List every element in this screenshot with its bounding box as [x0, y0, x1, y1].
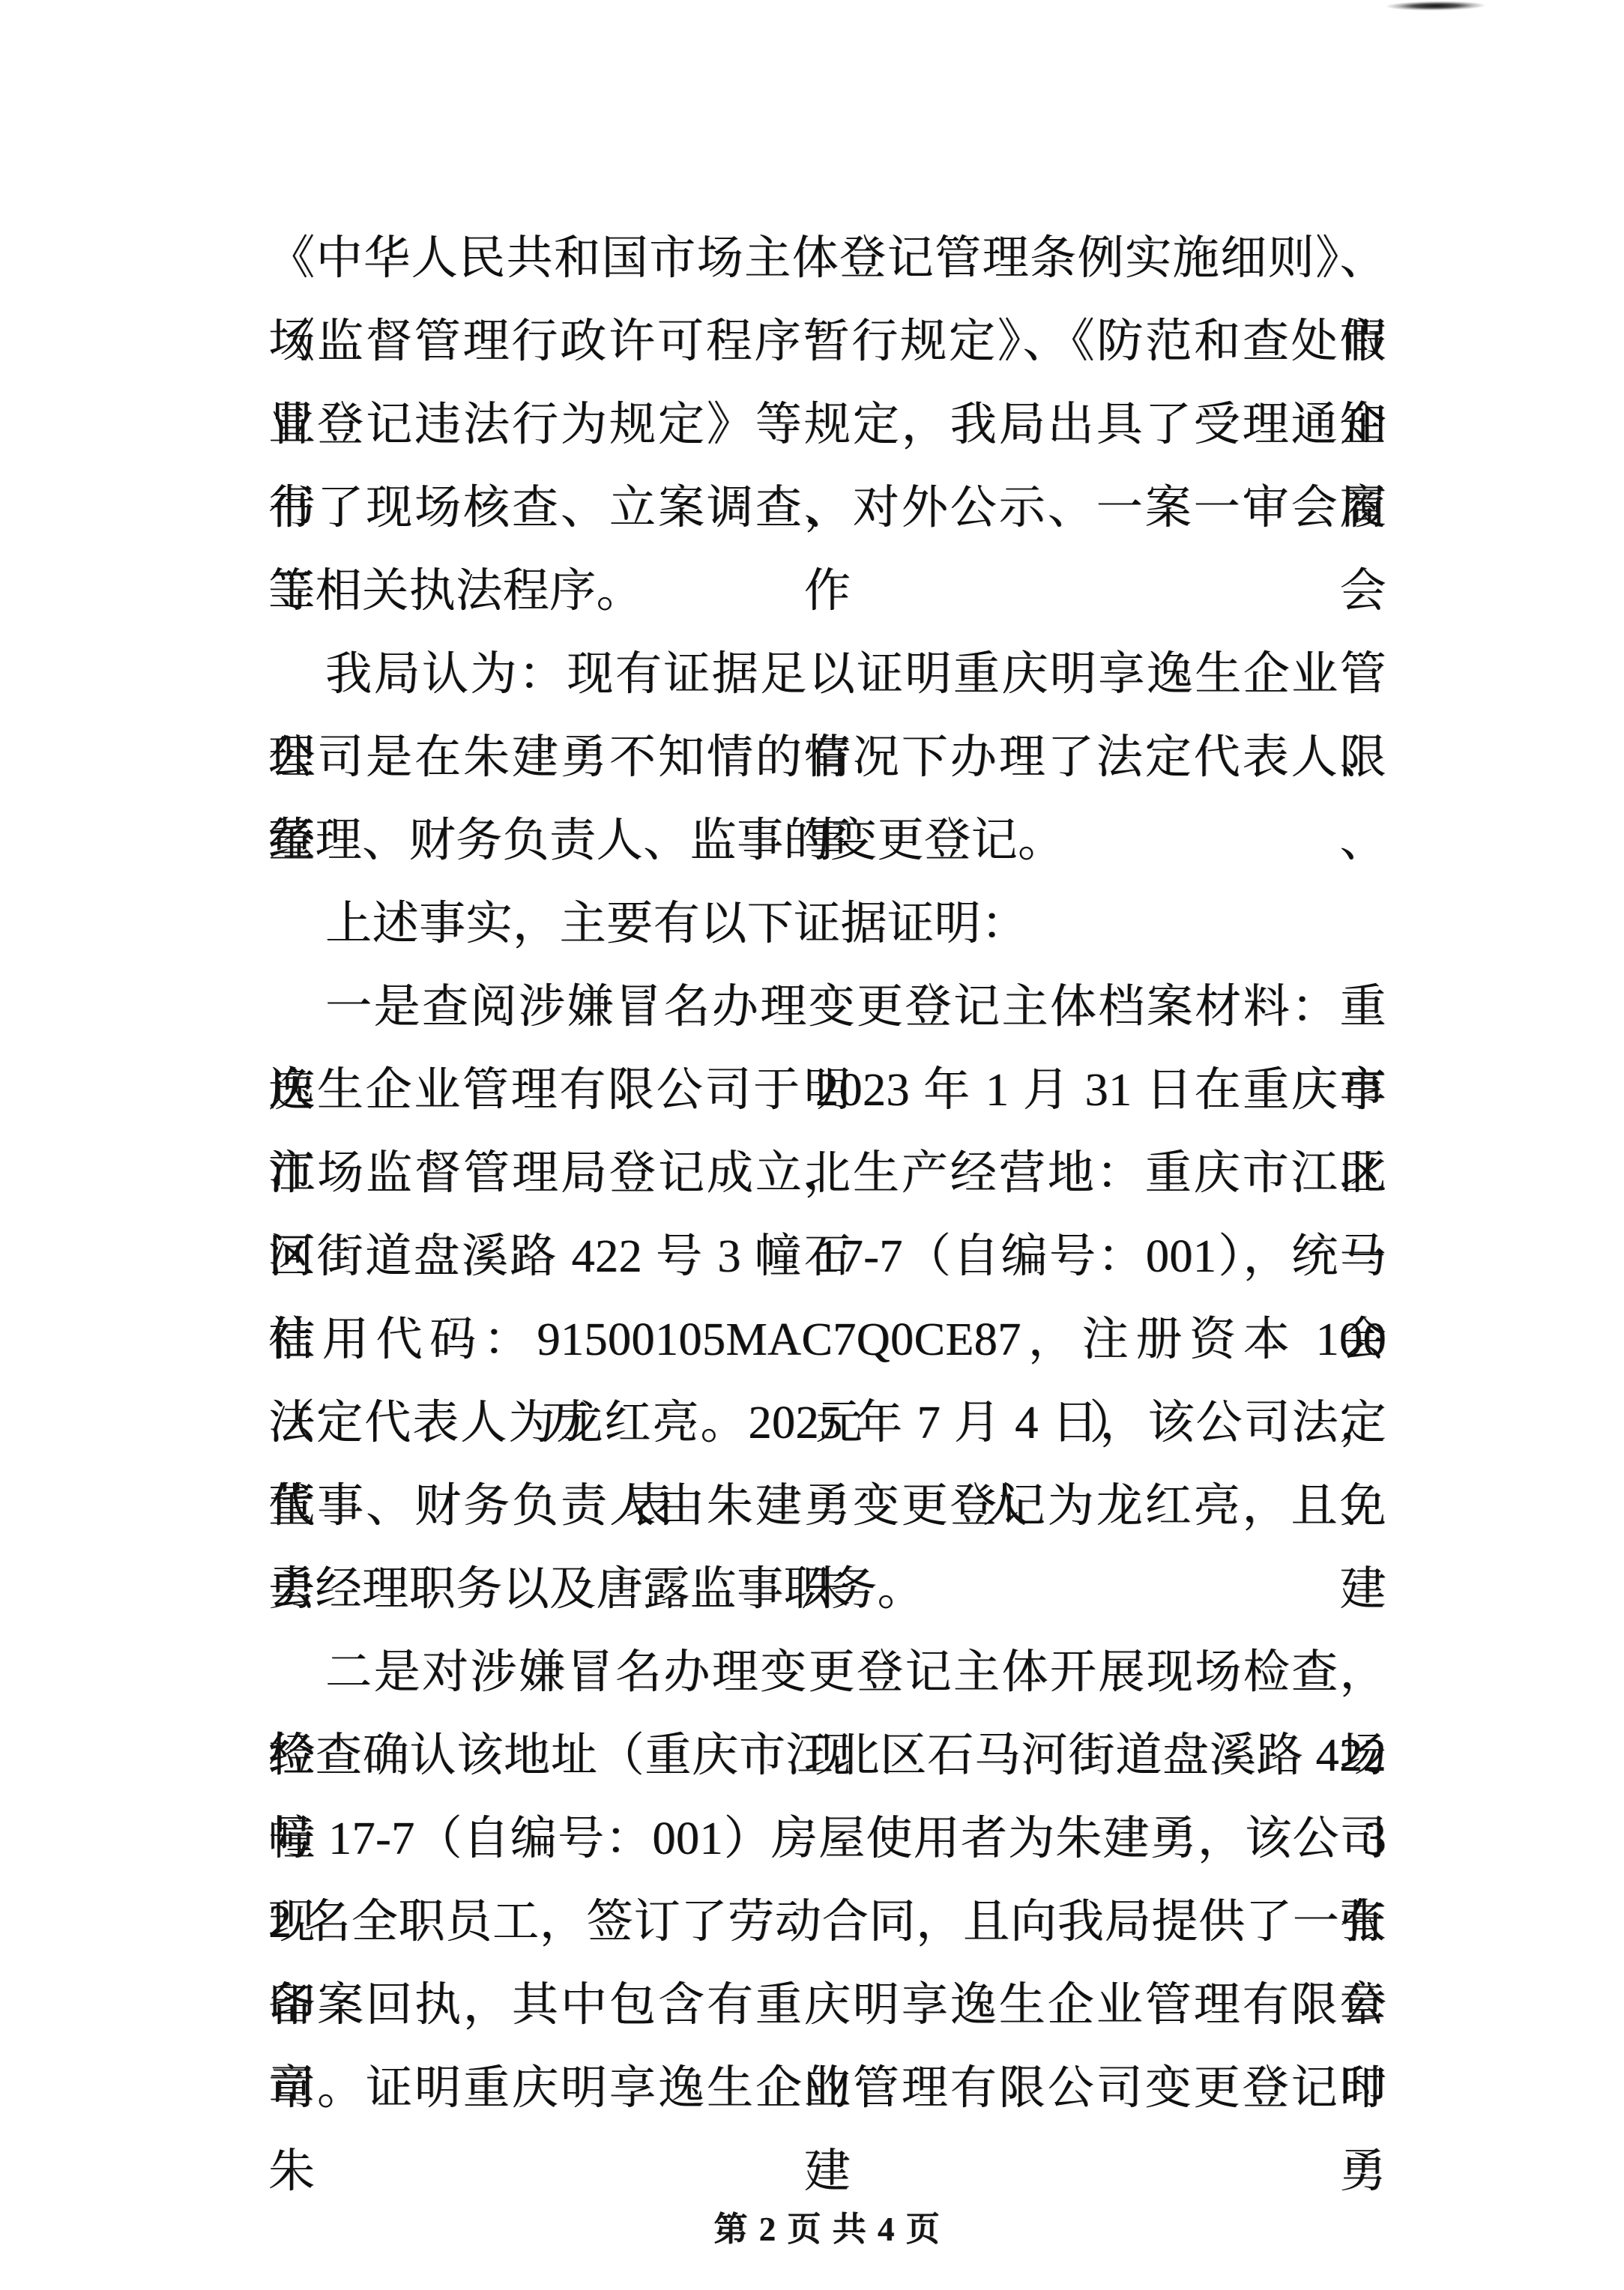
text-line: 场监督管理行政许可程序暂行规定》、《防范和查处假冒企 [268, 300, 1386, 384]
text-line: 河街道盘溪路 422 号 3 幢 17-7（自编号：001），统一社会 [268, 1215, 1386, 1299]
scan-smudge-artifact [1379, 0, 1497, 13]
text-line: 我局认为：现有证据足以证明重庆明享逸生企业管理有限 [268, 633, 1386, 716]
text-line: 备案回执，其中包含有重庆明享逸生企业管理有限公司的印 [268, 1964, 1386, 2047]
text-line: 信用代码：91500105MAC7Q0CE87，注册资本 100（万元）， [268, 1299, 1386, 1382]
page-number-footer: 第 2 页 共 4 页 [268, 2202, 1386, 2250]
text-line: 业登记违法行为规定》等规定，我局出具了受理通知书，履 [268, 384, 1386, 467]
text-line: 幢 17-7（自编号：001）房屋使用者为朱建勇，该公司现有 [268, 1798, 1386, 1881]
text-line: 市场监督管理局登记成立，生产经营地：重庆市江北区石马 [268, 1132, 1386, 1215]
text-line: 二是对涉嫌冒名办理变更登记主体开展现场检查，经现场 [268, 1631, 1386, 1715]
text-line: 检查确认该地址（重庆市江北区石马河街道盘溪路 422 号 3 [268, 1715, 1386, 1798]
text-line: 行了现场核查、立案调查、对外公示、一案一审会商工作会 [268, 467, 1386, 550]
text-line: 《中华人民共和国市场主体登记管理条例实施细则》、《市 [268, 217, 1386, 300]
text-line: 逸生企业管理有限公司于 2023 年 1 月 31 日在重庆市江北区 [268, 1049, 1386, 1132]
text-line: 章。证明重庆明享逸生企业管理有限公司变更登记时朱建勇 [268, 2047, 1386, 2130]
text-line: 董事、财务负责人由朱建勇变更登记为龙红亮，且免去朱建 [268, 1465, 1386, 1548]
text-line: 法定代表人为龙红亮。2025 年 7 月 4 日，该公司法定代表人、 [268, 1382, 1386, 1465]
document-body: 《中华人民共和国市场主体登记管理条例实施细则》、《市场监督管理行政许可程序暂行规… [268, 217, 1386, 2130]
text-line: 一是查阅涉嫌冒名办理变更登记主体档案材料：重庆明享 [268, 966, 1386, 1049]
text-line: 公司是在朱建勇不知情的情况下办理了法定代表人、董事、 [268, 716, 1386, 800]
text-line: 2 名全职员工，签订了劳动合同，且向我局提供了一张印章 [268, 1881, 1386, 1964]
document-page: 《中华人民共和国市场主体登记管理条例实施细则》、《市场监督管理行政许可程序暂行规… [0, 0, 1624, 2290]
text-line: 上述事实，主要有以下证据证明： [268, 883, 1386, 966]
